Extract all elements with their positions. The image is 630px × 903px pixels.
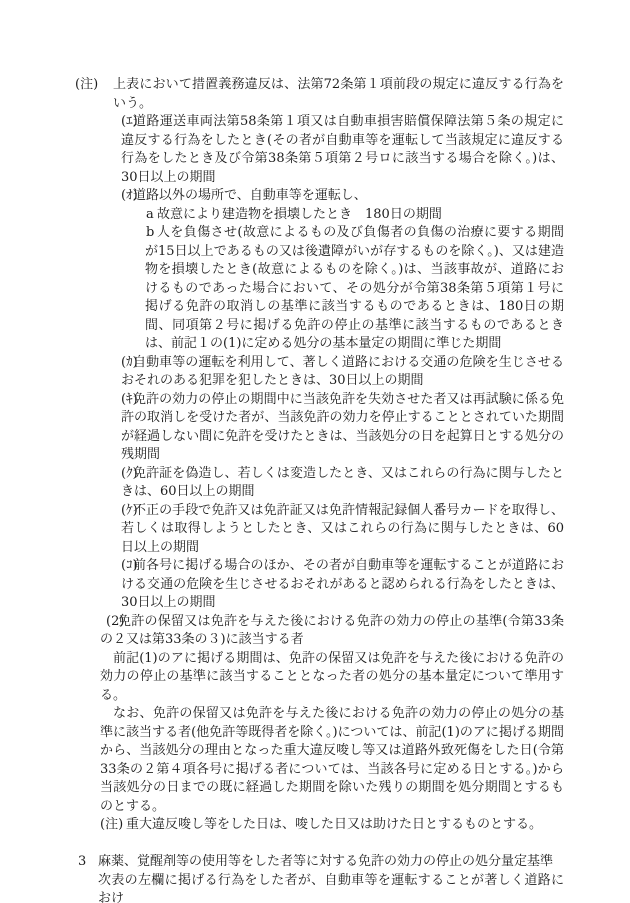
list-item-ka-text: 自動車等の運転を利用して、著しく道路における交通の危険を生じさせるおそれのある犯… — [121, 355, 564, 389]
list-item-ku-text: 免許証を偽造し、若しくは変造したとき、又はこれらの行為に関与したときは、60日以… — [121, 466, 564, 500]
top-note: (注) 上表において措置義務違反は、法第72条第１項前段の規定に違反する行為をい… — [75, 76, 564, 113]
item-2: (2) 免許の保留又は免許を与えた後における免許の効力の停止の基準(令第33条の… — [88, 613, 564, 650]
list-item-ki: (ｷ) 免許の効力の停止の期間中に当該免許を失効させた者又は再試験に係る免許の取… — [109, 391, 564, 465]
list-item-e-text: 道路運送車両法第58条第１項又は自動車損害賠償保障法第５条の規定に違反する行為を… — [121, 114, 564, 185]
list-item-ke: (ｹ) 不正の手段で免許又は免許証又は免許情報記録個人番号カードを取得し、若しく… — [109, 502, 564, 558]
list-item-ka-label: (ｶ) — [109, 354, 138, 373]
sub-item-a-text: 故意により建造物を損壊したとき 180日の期間 — [157, 207, 442, 222]
sub-item-b-label: b — [134, 224, 154, 243]
list-item-ko: (ｺ) 前各号に掲げる場合のほか、その者が自動車等を運転することが道路における交… — [109, 557, 564, 613]
list-item-ki-text: 免許の効力の停止の期間中に当該免許を失効させた者又は再試験に係る免許の取消しを受… — [121, 392, 564, 463]
section-3-title: 麻薬、覚醒剤等の使用等をした者等に対する免許の効力の停止の処分量定基準 — [98, 854, 553, 869]
top-note-label: (注) — [75, 76, 98, 95]
sub-item-b: b 人を負傷させ(故意によるもの及び負傷者の負傷の治療に要する期間が15日以上で… — [134, 224, 564, 354]
item-2-note-text: 重大違反唆し等をした日は、唆した日又は助けた日とするものとする。 — [126, 817, 542, 832]
section-3-number: 3 — [78, 853, 86, 872]
list-item-ku: (ｸ) 免許証を偽造し、若しくは変造したとき、又はこれらの行為に関与したときは、… — [109, 465, 564, 502]
list-item-o: (ｵ) 道路以外の場所で、自動車等を運転し、 — [109, 187, 564, 206]
list-item-ko-text: 前各号に掲げる場合のほか、その者が自動車等を運転することが道路における交通の危険… — [121, 558, 564, 610]
item-2-note: (注) 重大違反唆し等をした日は、唆した日又は助けた日とするものとする。 — [100, 816, 564, 835]
top-note-text: 上表において措置義務違反は、法第72条第１項前段の規定に違反する行為をいう。 — [113, 77, 564, 111]
section-3-body: 次表の左欄に掲げる行為をした者が、自動車等を運転することが著しく道路におけ — [78, 872, 564, 903]
document-page: (注) 上表において措置義務違反は、法第72条第１項前段の規定に違反する行為をい… — [0, 0, 630, 903]
list-item-ke-label: (ｹ) — [109, 502, 138, 521]
list-item-ka: (ｶ) 自動車等の運転を利用して、著しく道路における交通の危険を生じさせるおそれ… — [109, 354, 564, 391]
list-item-ke-text: 不正の手段で免許又は免許証又は免許情報記録個人番号カードを取得し、若しくは取得し… — [121, 503, 564, 555]
item-2-note-label: (注) — [100, 816, 123, 835]
sub-item-b-text: 人を負傷させ(故意によるもの及び負傷者の負傷の治療に要する期間が15日以上である… — [145, 225, 564, 351]
list-item-ku-label: (ｸ) — [109, 465, 138, 484]
list-item-ko-label: (ｺ) — [109, 557, 138, 576]
item-2-paragraph-2: なお、免許の保留又は免許を与えた後における免許の効力の停止の処分の基準に該当する… — [100, 705, 564, 816]
list-item-e: (ｴ) 道路運送車両法第58条第１項又は自動車損害賠償保障法第５条の規定に違反す… — [109, 113, 564, 187]
list-item-o-label: (ｵ) — [109, 187, 138, 206]
list-item-o-text: 道路以外の場所で、自動車等を運転し、 — [133, 188, 367, 203]
list-item-e-label: (ｴ) — [109, 113, 138, 132]
list-item-ki-label: (ｷ) — [109, 391, 138, 410]
sub-item-a-label: a — [134, 206, 154, 225]
item-2-title: 免許の保留又は免許を与えた後における免許の効力の停止の基準(令第33条の２又は第… — [100, 614, 564, 648]
section-3-heading: 3 麻薬、覚醒剤等の使用等をした者等に対する免許の効力の停止の処分量定基準 — [78, 853, 564, 872]
sub-item-a: a 故意により建造物を損壊したとき 180日の期間 — [134, 206, 564, 225]
item-2-label: (2) — [88, 613, 124, 632]
item-2-paragraph-1: 前記(1)のアに掲げる期間は、免許の保留又は免許を与えた後における免許の効力の停… — [100, 650, 564, 706]
